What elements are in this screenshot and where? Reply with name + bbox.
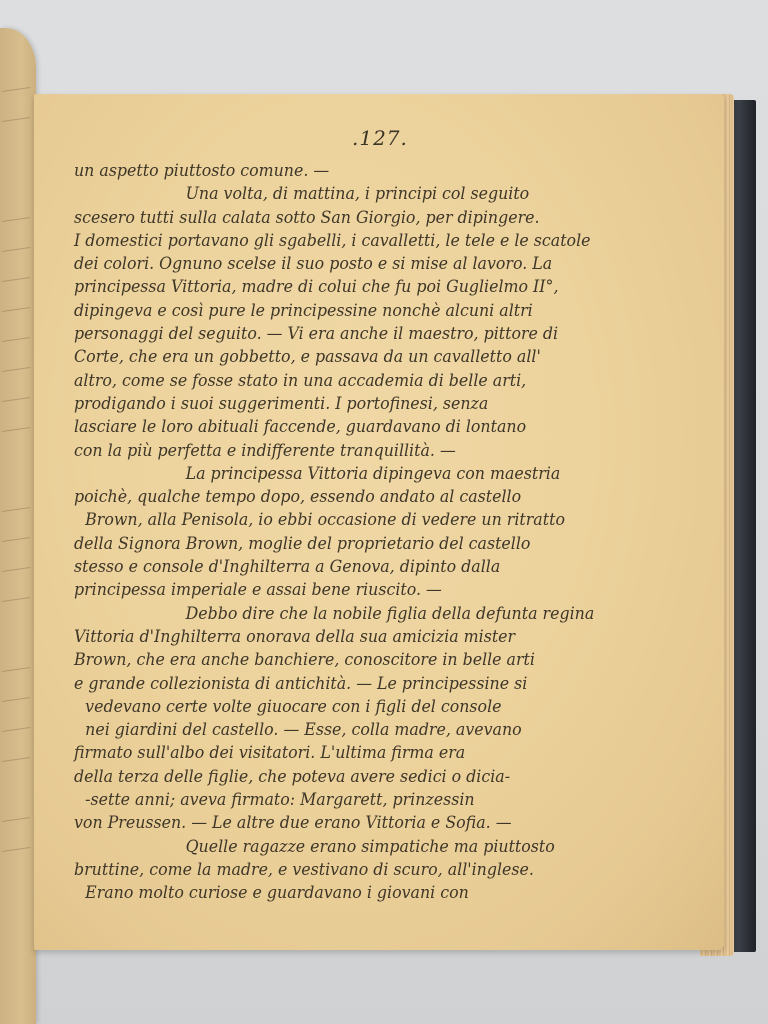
text-line: La principessa Vittoria dipingeva con ma… [74, 463, 651, 486]
text-line: vedevano certe volte giuocare con i figl… [74, 696, 651, 719]
text-line: lasciare le loro abituali faccende, guar… [74, 416, 651, 439]
text-line: Quelle ragazze erano simpatiche ma piutt… [74, 836, 651, 859]
faded-handwriting [2, 756, 30, 762]
text-line: un aspetto piuttosto comune. — [74, 160, 651, 183]
faded-handwriting [2, 816, 30, 822]
faded-handwriting [2, 846, 30, 852]
text-line: Debbo dire che la nobile figlia della de… [74, 603, 651, 626]
text-line: dei colori. Ognuno scelse il suo posto e… [74, 253, 651, 276]
text-line: prodigando i suoi suggerimenti. I portof… [74, 393, 651, 416]
text-line: altro, come se fosse stato in una accade… [74, 370, 651, 393]
faded-handwriting [2, 596, 30, 602]
text-line: firmato sull'albo dei visitatori. L'ulti… [74, 742, 651, 765]
handwritten-text: un aspetto piuttosto comune. — Una volta… [74, 160, 694, 906]
faded-handwriting [2, 726, 30, 732]
text-line: personaggi del seguito. — Vi era anche i… [74, 323, 651, 346]
text-line: della Signora Brown, moglie del propriet… [74, 533, 651, 556]
text-line: bruttine, come la madre, e vestivano di … [74, 859, 651, 882]
text-line: con la più perfetta e indifferente tranq… [74, 440, 651, 463]
text-line: scesero tutti sulla calata sotto San Gio… [74, 207, 651, 230]
text-line: e grande collezionista di antichità. — L… [74, 673, 651, 696]
faded-handwriting [2, 336, 30, 342]
faded-handwriting [2, 246, 30, 252]
faded-handwriting [2, 666, 30, 672]
faded-handwriting [2, 216, 30, 222]
text-line: dipingeva e così pure le principessine n… [74, 300, 651, 323]
faded-handwriting [2, 566, 30, 572]
text-line: principessa imperiale e assai bene riusc… [74, 579, 651, 602]
previous-page-edge [0, 28, 36, 1024]
text-line: Una volta, di mattina, i principi col se… [74, 183, 651, 206]
scanned-notebook-scene: .127. un aspetto piuttosto comune. — Una… [0, 0, 768, 1024]
text-line: Brown, che era anche banchiere, conoscit… [74, 649, 651, 672]
faded-handwriting [2, 506, 30, 512]
faded-handwriting [2, 86, 30, 92]
text-line: stesso e console d'Inghilterra a Genova,… [74, 556, 651, 579]
page-number: .127. [352, 126, 408, 150]
text-line: poichè, qualche tempo dopo, essendo anda… [74, 486, 651, 509]
text-line: Corte, che era un gobbetto, e passava da… [74, 346, 651, 369]
text-line: principessa Vittoria, madre di colui che… [74, 276, 651, 299]
text-line: I domestici portavano gli sgabelli, i ca… [74, 230, 651, 253]
faded-handwriting [2, 396, 30, 402]
text-line: Vittoria d'Inghilterra onorava della sua… [74, 626, 651, 649]
text-line: von Preussen. — Le altre due erano Vitto… [74, 812, 651, 835]
faded-handwriting [2, 366, 30, 372]
manuscript-page: .127. un aspetto piuttosto comune. — Una… [34, 94, 724, 950]
text-line: nei giardini del castello. — Esse, colla… [74, 719, 651, 742]
text-line: Erano molto curiose e guardavano i giova… [74, 882, 651, 905]
faded-handwriting [2, 536, 30, 542]
text-line: -sette anni; aveva firmato: Margarett, p… [74, 789, 651, 812]
faded-handwriting [2, 306, 30, 312]
faded-handwriting [2, 276, 30, 282]
faded-handwriting [2, 116, 30, 122]
faded-handwriting [2, 696, 30, 702]
text-line: della terza delle figlie, che poteva ave… [74, 766, 651, 789]
faded-handwriting [2, 426, 30, 432]
text-line: Brown, alla Penisola, io ebbi occasione … [74, 509, 651, 532]
